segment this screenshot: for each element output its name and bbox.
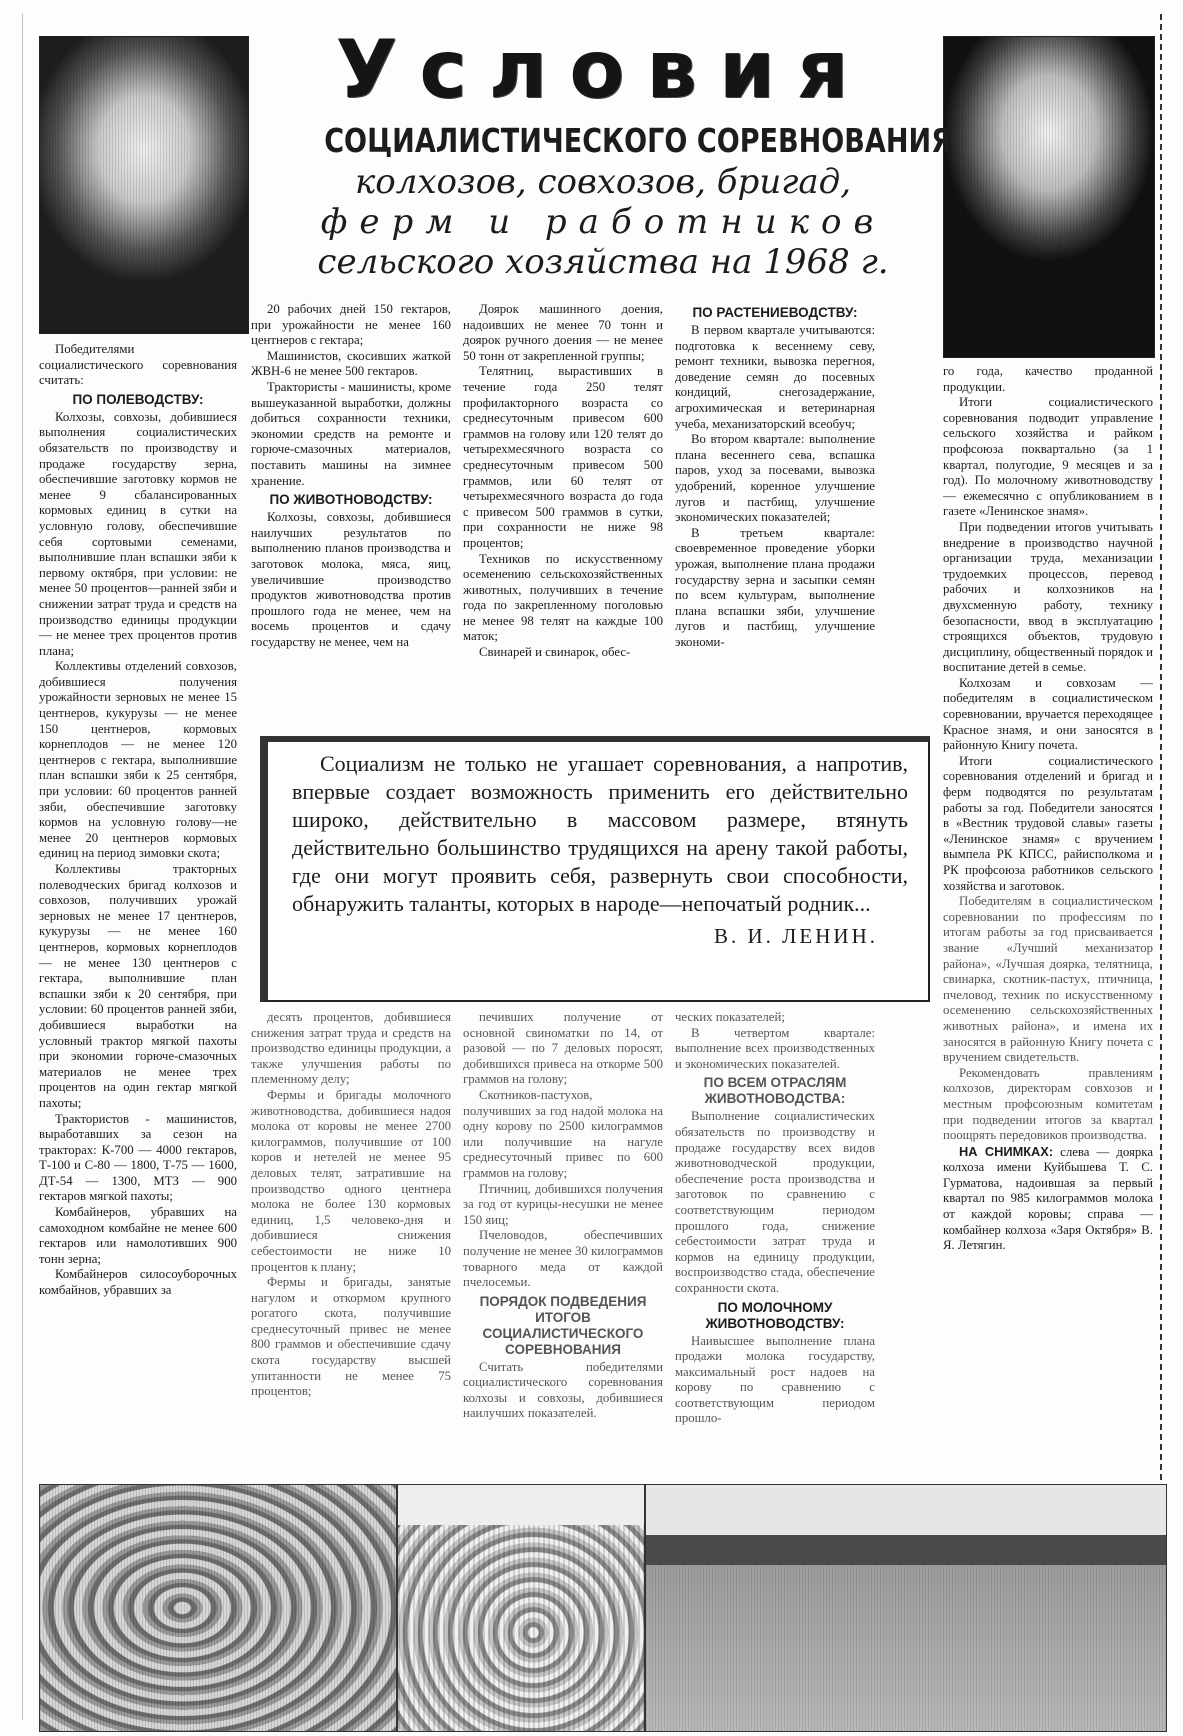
headline-title: Условия: [263, 24, 943, 116]
paragraph: го года, качество проданной продукции.: [943, 364, 1153, 395]
column-3-bottom: печивших получение от основной свиноматк…: [463, 1010, 663, 1480]
headline-block: Условия СОЦИАЛИСТИЧЕСКОГО СОРЕВНОВАНИЯ к…: [263, 24, 943, 282]
paragraph: Считать победителями социалистического с…: [463, 1360, 663, 1422]
portrait-photo-right: [943, 36, 1155, 358]
paragraph: Трактористов - машинистов, выработавших …: [39, 1112, 237, 1206]
paragraph: Фермы и бригады, занятые нагулом и откор…: [251, 1275, 451, 1400]
caption-text: слева — доярка колхоза имени Куйбышева Т…: [943, 1145, 1153, 1253]
paragraph: В четвертом квартале: выполнение всех пр…: [675, 1026, 875, 1073]
paragraph: В первом квартале учитываются: подготовк…: [675, 323, 875, 432]
paragraph: Колхозам и совхозам — победителям в соци…: [943, 676, 1153, 754]
column-1: Победителями социалистического соревнова…: [39, 342, 237, 1299]
paragraph: Скотников-пастухов, получивших за год на…: [463, 1088, 663, 1182]
paragraph: Колхозы, совхозы, добившиеся выполнения …: [39, 410, 237, 660]
headline-subtitle: СОЦИАЛИСТИЧЕСКОГО СОРЕВНОВАНИЯ: [324, 120, 882, 162]
quote-text: Социализм не только не угашает соревнова…: [292, 750, 908, 918]
section-heading-all-livestock: ПО ВСЕМ ОТРАСЛЯМ ЖИВОТНОВОДСТВА:: [675, 1075, 875, 1107]
paragraph: Техников по искусственному осеменению се…: [463, 552, 663, 646]
section-heading-livestock: ПО ЖИВОТНОВОДСТВУ:: [251, 492, 451, 508]
paragraph: Колхозы, совхозы, добившиеся наилучших р…: [251, 510, 451, 650]
paragraph: десять процентов, добившиеся снижения за…: [251, 1010, 451, 1088]
newspaper-page: Условия СОЦИАЛИСТИЧЕСКОГО СОРЕВНОВАНИЯ к…: [22, 14, 1162, 1720]
paragraph: Коллективы тракторных полеводческих бриг…: [39, 862, 237, 1112]
paragraph: Фермы и бригады молочного животноводства…: [251, 1088, 451, 1275]
paragraph: Машинистов, скосивших жаткой ЖВН-6 не ме…: [251, 349, 451, 380]
paragraph: Доярок машинного доения, надоивших не ме…: [463, 302, 663, 364]
paragraph: Во втором квартале: выполнение плана вес…: [675, 432, 875, 526]
headline-line-1: колхозов, совхозов, бригад,: [263, 162, 943, 202]
poultry-farm-photo: [397, 1484, 645, 1732]
section-heading-crop-growing: ПО РАСТЕНИЕВОДСТВУ:: [675, 305, 875, 321]
lenin-quote-box: Социализм не только не угашает соревнова…: [260, 736, 930, 1002]
quote-author: В. И. ЛЕНИН.: [292, 924, 878, 949]
paragraph: Наивысшее выполнение плана продажи молок…: [675, 1334, 875, 1428]
paragraph: Победителям в социалистическом соревнова…: [943, 894, 1153, 1066]
portrait-photo-left: [39, 36, 249, 334]
section-heading-results-procedure: ПОРЯДОК ПОДВЕДЕНИЯ ИТОГОВ СОЦИАЛИСТИЧЕСК…: [463, 1294, 663, 1358]
paragraph: Выполнение социалистических обязательств…: [675, 1109, 875, 1296]
column-4-top: ПО РАСТЕНИЕВОДСТВУ: В первом квартале уч…: [675, 302, 875, 722]
paragraph: Рекомендовать правлениям колхозов, дирек…: [943, 1066, 1153, 1144]
column-2-top: 20 рабочих дней 150 гектаров, при урожай…: [251, 302, 451, 722]
paragraph: При подведении итогов учитывать внедрени…: [943, 520, 1153, 676]
paragraph: В третьем квартале: своевременное провед…: [675, 526, 875, 651]
headline-line-2: ферм и работников: [263, 202, 943, 242]
section-heading-dairy: ПО МОЛОЧНОМУ ЖИВОТНОВОДСТВУ:: [675, 1300, 875, 1332]
paragraph: Свинарей и свинарок, обес-: [463, 645, 663, 661]
bottom-photo-strip: [39, 1484, 1159, 1736]
column-3-top: Доярок машинного доения, надоивших не ме…: [463, 302, 663, 722]
paragraph: Трактористы - машинисты, кроме вышеуказа…: [251, 380, 451, 489]
paragraph: Итоги социалистического соревнования отд…: [943, 754, 1153, 894]
cattle-pasture-photo: [645, 1484, 1167, 1732]
column-5: го года, качество проданной продукции. И…: [943, 364, 1153, 1479]
paragraph: печивших получение от основной свиноматк…: [463, 1010, 663, 1088]
caption-lead: НА СНИМКАХ:: [959, 1144, 1053, 1159]
paragraph: ческих показателей;: [675, 1010, 875, 1026]
column-4-bottom: ческих показателей; В четвертом квартале…: [675, 1010, 875, 1480]
paragraph: 20 рабочих дней 150 гектаров, при урожай…: [251, 302, 451, 349]
paragraph: Итоги социалистического соревнования под…: [943, 395, 1153, 520]
sheep-flock-photo: [39, 1484, 397, 1732]
paragraph: Телятниц, вырастивших в течение года 250…: [463, 364, 663, 551]
paragraph: Комбайнеров силосоуборочных комбайнов, у…: [39, 1267, 237, 1298]
photo-caption: НА СНИМКАХ: слева — доярка колхоза имени…: [943, 1144, 1153, 1254]
paragraph: Коллективы отделений совхозов, добившиес…: [39, 659, 237, 862]
paragraph: Птичниц, добившихся получения за год от …: [463, 1182, 663, 1229]
column-2-bottom: десять процентов, добившиеся снижения за…: [251, 1010, 451, 1480]
paragraph: Комбайнеров, убравших на самоходном комб…: [39, 1205, 237, 1267]
paragraph: Пчеловодов, обеспечивших получение не ме…: [463, 1228, 663, 1290]
intro-text: Победителями социалистического соревнова…: [39, 342, 237, 389]
section-heading-field-crops: ПО ПОЛЕВОДСТВУ:: [39, 392, 237, 408]
headline-line-3: сельского хозяйства на 1968 г.: [263, 242, 943, 282]
